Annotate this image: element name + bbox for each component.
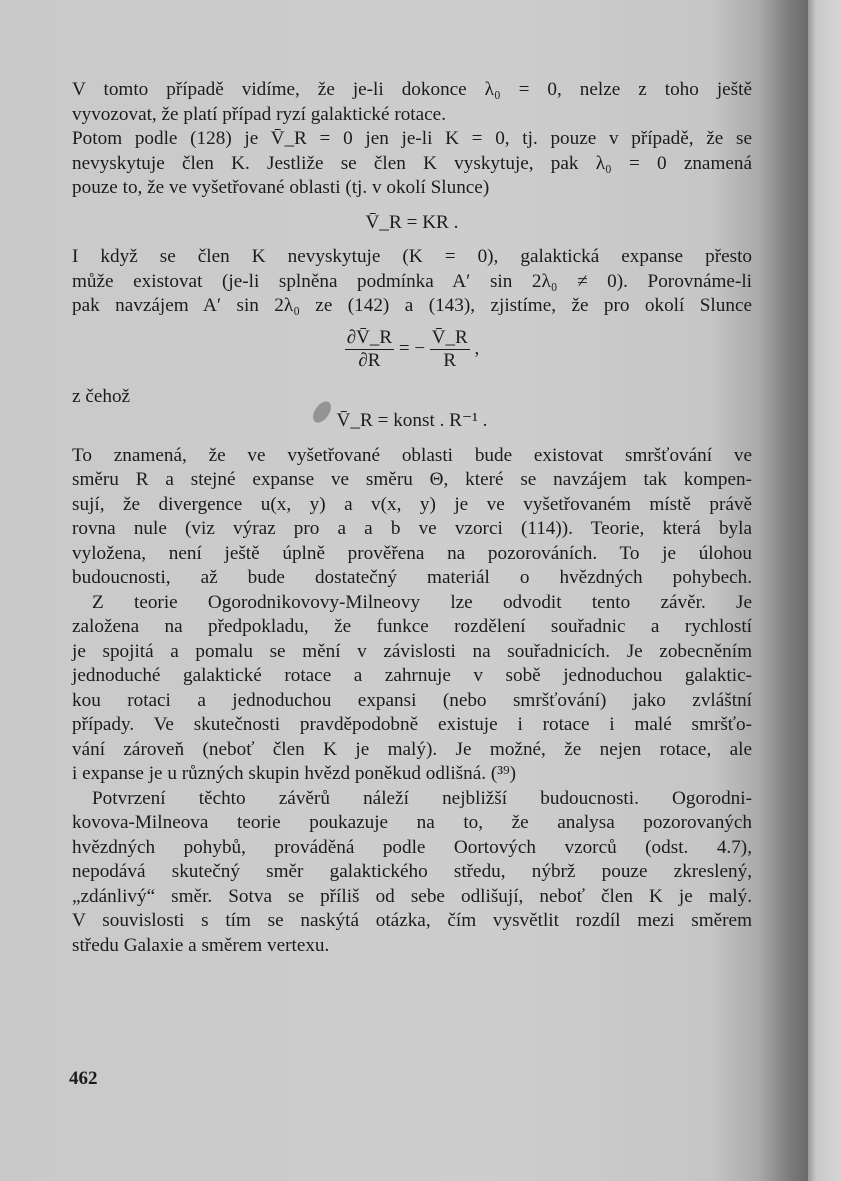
- text-line: může existovat (je-li splněna podmínka A…: [72, 270, 752, 295]
- paragraph-1: V tomto případě vidíme, že je-li dokonce…: [72, 78, 752, 201]
- equation-vr-kr: V̄_R = KR .: [72, 211, 752, 236]
- text-line: je spojitá a pomalu se mění v závislosti…: [72, 640, 752, 665]
- text-line: vyložena, není ještě úplně prověřena na …: [72, 542, 752, 567]
- text-line: I když se člen K nevyskytuje (K = 0), ga…: [72, 245, 752, 270]
- paragraph-2: I když se člen K nevyskytuje (K = 0), ga…: [72, 245, 752, 319]
- text-line: rovna nule (viz výraz pro a a b ve vzorc…: [72, 517, 752, 542]
- paragraph-5: Potvrzení těchto závěrů náleží nejbližší…: [72, 787, 752, 959]
- text-line: i expanse je u různých skupin hvězd poně…: [72, 762, 752, 787]
- text-line: nepodává skutečný směr galaktického stře…: [72, 860, 752, 885]
- text-line: jednoduché galaktické rotace a zahrnuje …: [72, 664, 752, 689]
- connector-text: z čehož: [72, 385, 752, 410]
- text-line: To znamená, že ve vyšetřované oblasti bu…: [72, 444, 752, 469]
- minus-sign: −: [414, 337, 425, 358]
- page-body: V tomto případě vidíme, že je-li dokonce…: [72, 78, 752, 958]
- text-line: pak navzájem A′ sin 2λ₀ ze (142) a (143)…: [72, 294, 752, 319]
- text-line: V tomto případě vidíme, že je-li dokonce…: [72, 78, 752, 103]
- text-line: středu Galaxie a směrem vertexu.: [72, 934, 752, 959]
- text-line: založena na předpokladu, že funkce rozdě…: [72, 615, 752, 640]
- text-line: V souvislosti s tím se naskýtá otázka, č…: [72, 909, 752, 934]
- fraction-rhs: V̄_R R: [430, 327, 470, 372]
- fraction-lhs: ∂V̄_R ∂R: [345, 327, 394, 372]
- equation-comma: ,: [474, 337, 479, 358]
- text-line: Potvrzení těchto závěrů náleží nejbližší…: [72, 787, 752, 812]
- text-line: kovova-Milneova teorie poukazuje na to, …: [72, 811, 752, 836]
- fraction-denominator: R: [430, 350, 470, 372]
- paragraph-3: To znamená, že ve vyšetřované oblasti bu…: [72, 444, 752, 591]
- text-line: sují, že divergence u(x, y) a v(x, y) je…: [72, 493, 752, 518]
- fraction-numerator: ∂V̄_R: [345, 327, 394, 350]
- book-page: V tomto případě vidíme, že je-li dokonce…: [0, 0, 808, 1181]
- equation-derivative: ∂V̄_R ∂R = − V̄_R R ,: [72, 327, 752, 385]
- text-line: kou rotaci a jednoduchou expansi (nebo s…: [72, 689, 752, 714]
- text-line: případy. Ve skutečnosti pravděpodobně ex…: [72, 713, 752, 738]
- page-number: 462: [69, 1068, 98, 1090]
- text-line: vání zároveň (neboť člen K je malý). Je …: [72, 738, 752, 763]
- fraction-denominator: ∂R: [345, 350, 394, 372]
- text-line: směru R a stejné expanse ve směru Θ, kte…: [72, 468, 752, 493]
- text-line: nevyskytuje člen K. Jestliže se člen K v…: [72, 152, 752, 177]
- paragraph-4: Z teorie Ogorodnikovovy-Milneovy lze odv…: [72, 591, 752, 787]
- text-line: vyvozovat, že platí případ ryzí galaktic…: [72, 103, 752, 128]
- equation-vr-konst: V̄_R = konst . R⁻¹ .: [72, 409, 752, 434]
- text-line: „zdánlivý“ směr. Sotva se příliš od sebe…: [72, 885, 752, 910]
- text-line: budoucnosti, až bude dostatečný materiál…: [72, 566, 752, 591]
- text-line: pouze to, že ve vyšetřované oblasti (tj.…: [72, 176, 752, 201]
- text-line: Potom podle (128) je V̄_R = 0 jen je-li …: [72, 127, 752, 152]
- fraction-numerator: V̄_R: [430, 327, 470, 350]
- facing-page-edge: [808, 0, 841, 1181]
- text-line: hvězdných pohybů, prováděná podle Oortov…: [72, 836, 752, 861]
- text-line: Z teorie Ogorodnikovovy-Milneovy lze odv…: [72, 591, 752, 616]
